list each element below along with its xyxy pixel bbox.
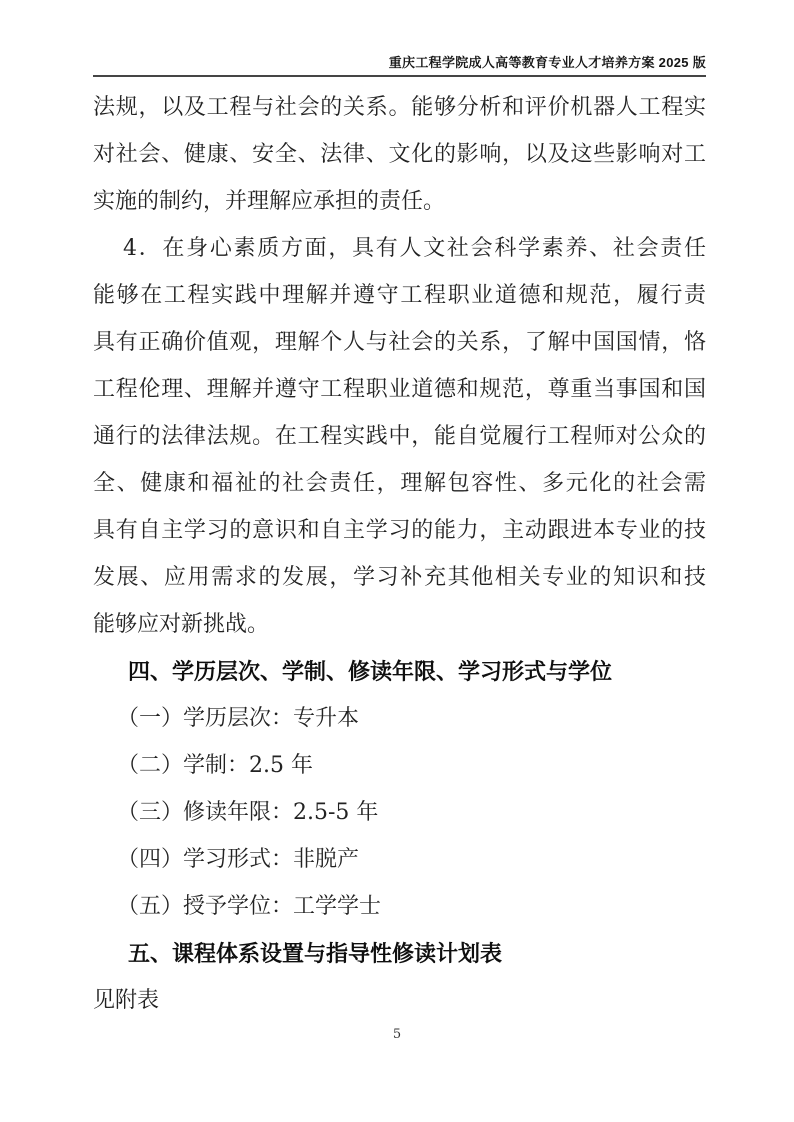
document-body: 法规，以及工程与社会的关系。能够分析和评价机器人工程实践对社会、健康、安全、法律…: [0, 77, 794, 1024]
text-line: 具有正确价值观，理解个人与社会的关系，了解中国国情，恪守: [93, 319, 706, 366]
text-line: 能够在工程实践中理解并遵守工程职业道德和规范，履行责任。: [93, 272, 706, 319]
page-header: 重庆工程学院成人高等教育专业人才培养方案 2025 版: [0, 0, 794, 77]
text-line: 通行的法律法规。在工程实践中，能自觉履行工程师对公众的安: [93, 413, 706, 460]
list-item: （一）学历层次：专升本: [93, 695, 706, 742]
section-heading: 五、课程体系设置与指导性修读计划表: [93, 930, 706, 977]
page-footer: 5: [0, 1027, 794, 1042]
text-line: 能够应对新挑战。: [93, 601, 706, 648]
list-item: （五）授予学位：工学学士: [93, 883, 706, 930]
list-item: （四）学习形式：非脱产: [93, 836, 706, 883]
document-page: 重庆工程学院成人高等教育专业人才培养方案 2025 版 法规，以及工程与社会的关…: [0, 0, 794, 1122]
header-title: 重庆工程学院成人高等教育专业人才培养方案 2025 版: [93, 56, 706, 77]
text-line: 工程伦理、理解并遵守工程职业道德和规范，尊重当事国和国际: [93, 366, 706, 413]
text-line: 见附表: [93, 977, 706, 1024]
list-item: （二）学制：2.5 年: [93, 742, 706, 789]
section-heading: 四、学历层次、学制、修读年限、学习形式与学位: [93, 648, 706, 695]
text-line: 发展、应用需求的发展，学习补充其他相关专业的知识和技术，: [93, 554, 706, 601]
text-line: 4．在身心素质方面，具有人文社会科学素养、社会责任感，: [93, 225, 706, 272]
text-line: 法规，以及工程与社会的关系。能够分析和评价机器人工程实践: [93, 84, 706, 131]
text-line: 实施的制约，并理解应承担的责任。: [93, 178, 706, 225]
list-item: （三）修读年限：2.5-5 年: [93, 789, 706, 836]
page-number: 5: [393, 1027, 401, 1042]
text-line: 全、健康和福祉的社会责任，理解包容性、多元化的社会需求。: [93, 460, 706, 507]
text-line: 具有自主学习的意识和自主学习的能力，主动跟进本专业的技术: [93, 507, 706, 554]
text-line: 对社会、健康、安全、法律、文化的影响，以及这些影响对工程: [93, 131, 706, 178]
